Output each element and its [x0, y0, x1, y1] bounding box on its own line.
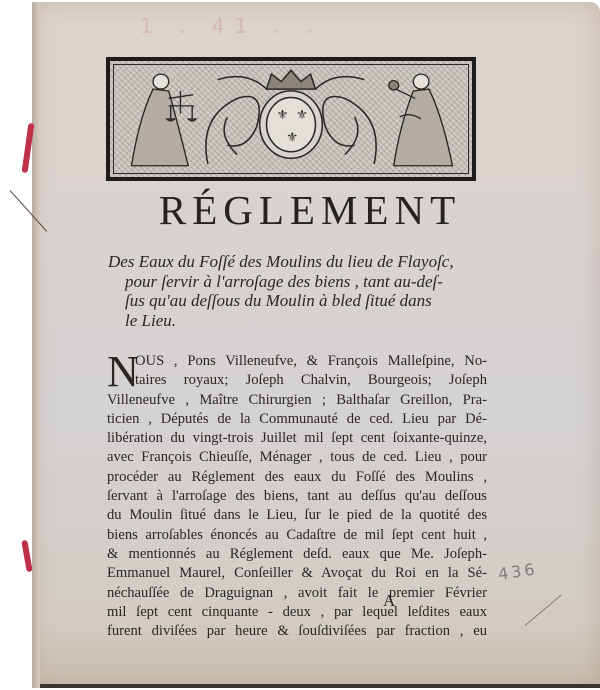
justice-figure-icon — [132, 74, 197, 166]
body-line: mil ſept cent cinquante - deux , par leq… — [107, 603, 487, 622]
body-line: Villeneufve , Maître Chirurgien ; Baltha… — [107, 391, 487, 410]
svg-text:⚜: ⚜ — [276, 108, 288, 123]
body-line: avec François Chieuſſe, Ménager , tous d… — [107, 448, 487, 467]
document-subtitle: Des Eaux du Foſſé des Moulins du lieu de… — [108, 252, 498, 330]
body-line: néchauſſée de Draguignan , avoit fait le… — [107, 584, 487, 603]
subtitle-line: pour ſervir à l'arroſage des biens , tan… — [108, 272, 498, 292]
subtitle-line: Des Eaux du Foſſé des Moulins du lieu de… — [108, 252, 498, 272]
body-line: OUS , Pons Villeneufve, & François Malle… — [107, 352, 487, 371]
body-line: ſervant à l'arroſage des biens, tant au … — [107, 487, 487, 506]
body-line: & mentionnés au Réglement deſd. eaux que… — [107, 545, 487, 564]
document-title: RÉGLEMENT — [0, 186, 600, 234]
body-line: du Moulin ſitué dans le Lieu, ſur le pie… — [107, 506, 487, 525]
allegorical-woman-figure-icon — [389, 74, 453, 166]
royal-crest-icon: ⚜ ⚜ ⚜ — [260, 70, 323, 158]
body-line: Emmanuel Maurel, Conſeiller & Avoçat du … — [107, 564, 487, 583]
body-line: libération du vingt-trois Juillet mil ſe… — [107, 429, 487, 448]
body-line: biens arroſables énoncés au Cadaſtre de … — [107, 526, 487, 545]
subtitle-line: le Lieu. — [108, 311, 498, 331]
binding-thread-red — [21, 540, 32, 573]
body-line: furent diviſées par heure & ſouſdiviſées… — [107, 622, 487, 641]
engraving-illustration-icon: ⚜ ⚜ ⚜ — [110, 61, 472, 177]
subtitle-line: ſus qu'au deſſous du Moulin à bled ſitué… — [108, 291, 498, 311]
body-line: taires royaux; Joſeph Chalvin, Bourgeois… — [107, 371, 487, 390]
engraved-headpiece: ⚜ ⚜ ⚜ — [106, 57, 476, 181]
svg-text:⚜: ⚜ — [286, 131, 298, 146]
pencil-annotation-top: 1 . 41 . . — [140, 14, 323, 38]
signature-mark: A — [383, 591, 395, 611]
body-line: procéder au Réglement des eaux du Foſſé … — [107, 468, 487, 487]
page-spine — [32, 2, 40, 688]
body-line: ticien , Députés de la Communauté de ced… — [107, 410, 487, 429]
svg-text:⚜: ⚜ — [296, 108, 308, 123]
body-paragraph: OUS , Pons Villeneufve, & François Malle… — [107, 352, 487, 641]
